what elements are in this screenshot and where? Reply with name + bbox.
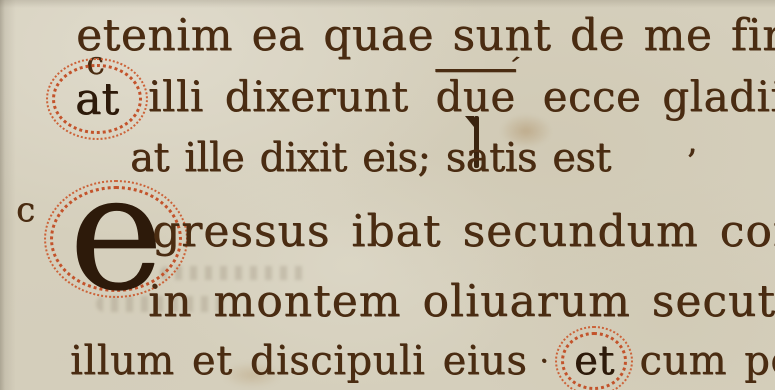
text-line-2: illi dixerunt due ´ ecce gladii (148, 74, 775, 120)
initial-letter: at (75, 74, 119, 125)
text-line-6: illum et discipuli eius · et cum peru (70, 332, 775, 390)
line6-text: cum peru (639, 339, 775, 383)
initial-letter: et (574, 339, 615, 383)
line6-text: illum et discipuli eius (70, 339, 527, 383)
decorated-initial-at: at (52, 64, 142, 134)
punctuation-mark: · (539, 345, 549, 378)
text-line-1: etenim ea quae sunt de me finem (76, 12, 775, 60)
decorated-initial-et: et (561, 332, 627, 390)
punctuation-mark: ’ (686, 142, 697, 182)
text-line-3: at ille dixit eis; satis est (130, 136, 611, 180)
abbreviation-domine: due ´ (435, 74, 515, 120)
text-line-4: gressus ibat secundum consu (152, 208, 775, 256)
text-line-5: in montem oliuarum secuti su (148, 278, 775, 326)
line2-text: illi dixerunt (148, 74, 409, 120)
margin-mark: c (16, 190, 35, 230)
manuscript-page: etenim ea quae sunt de me finem c at ill… (0, 0, 775, 390)
line2-text: ecce gladii (543, 74, 775, 120)
